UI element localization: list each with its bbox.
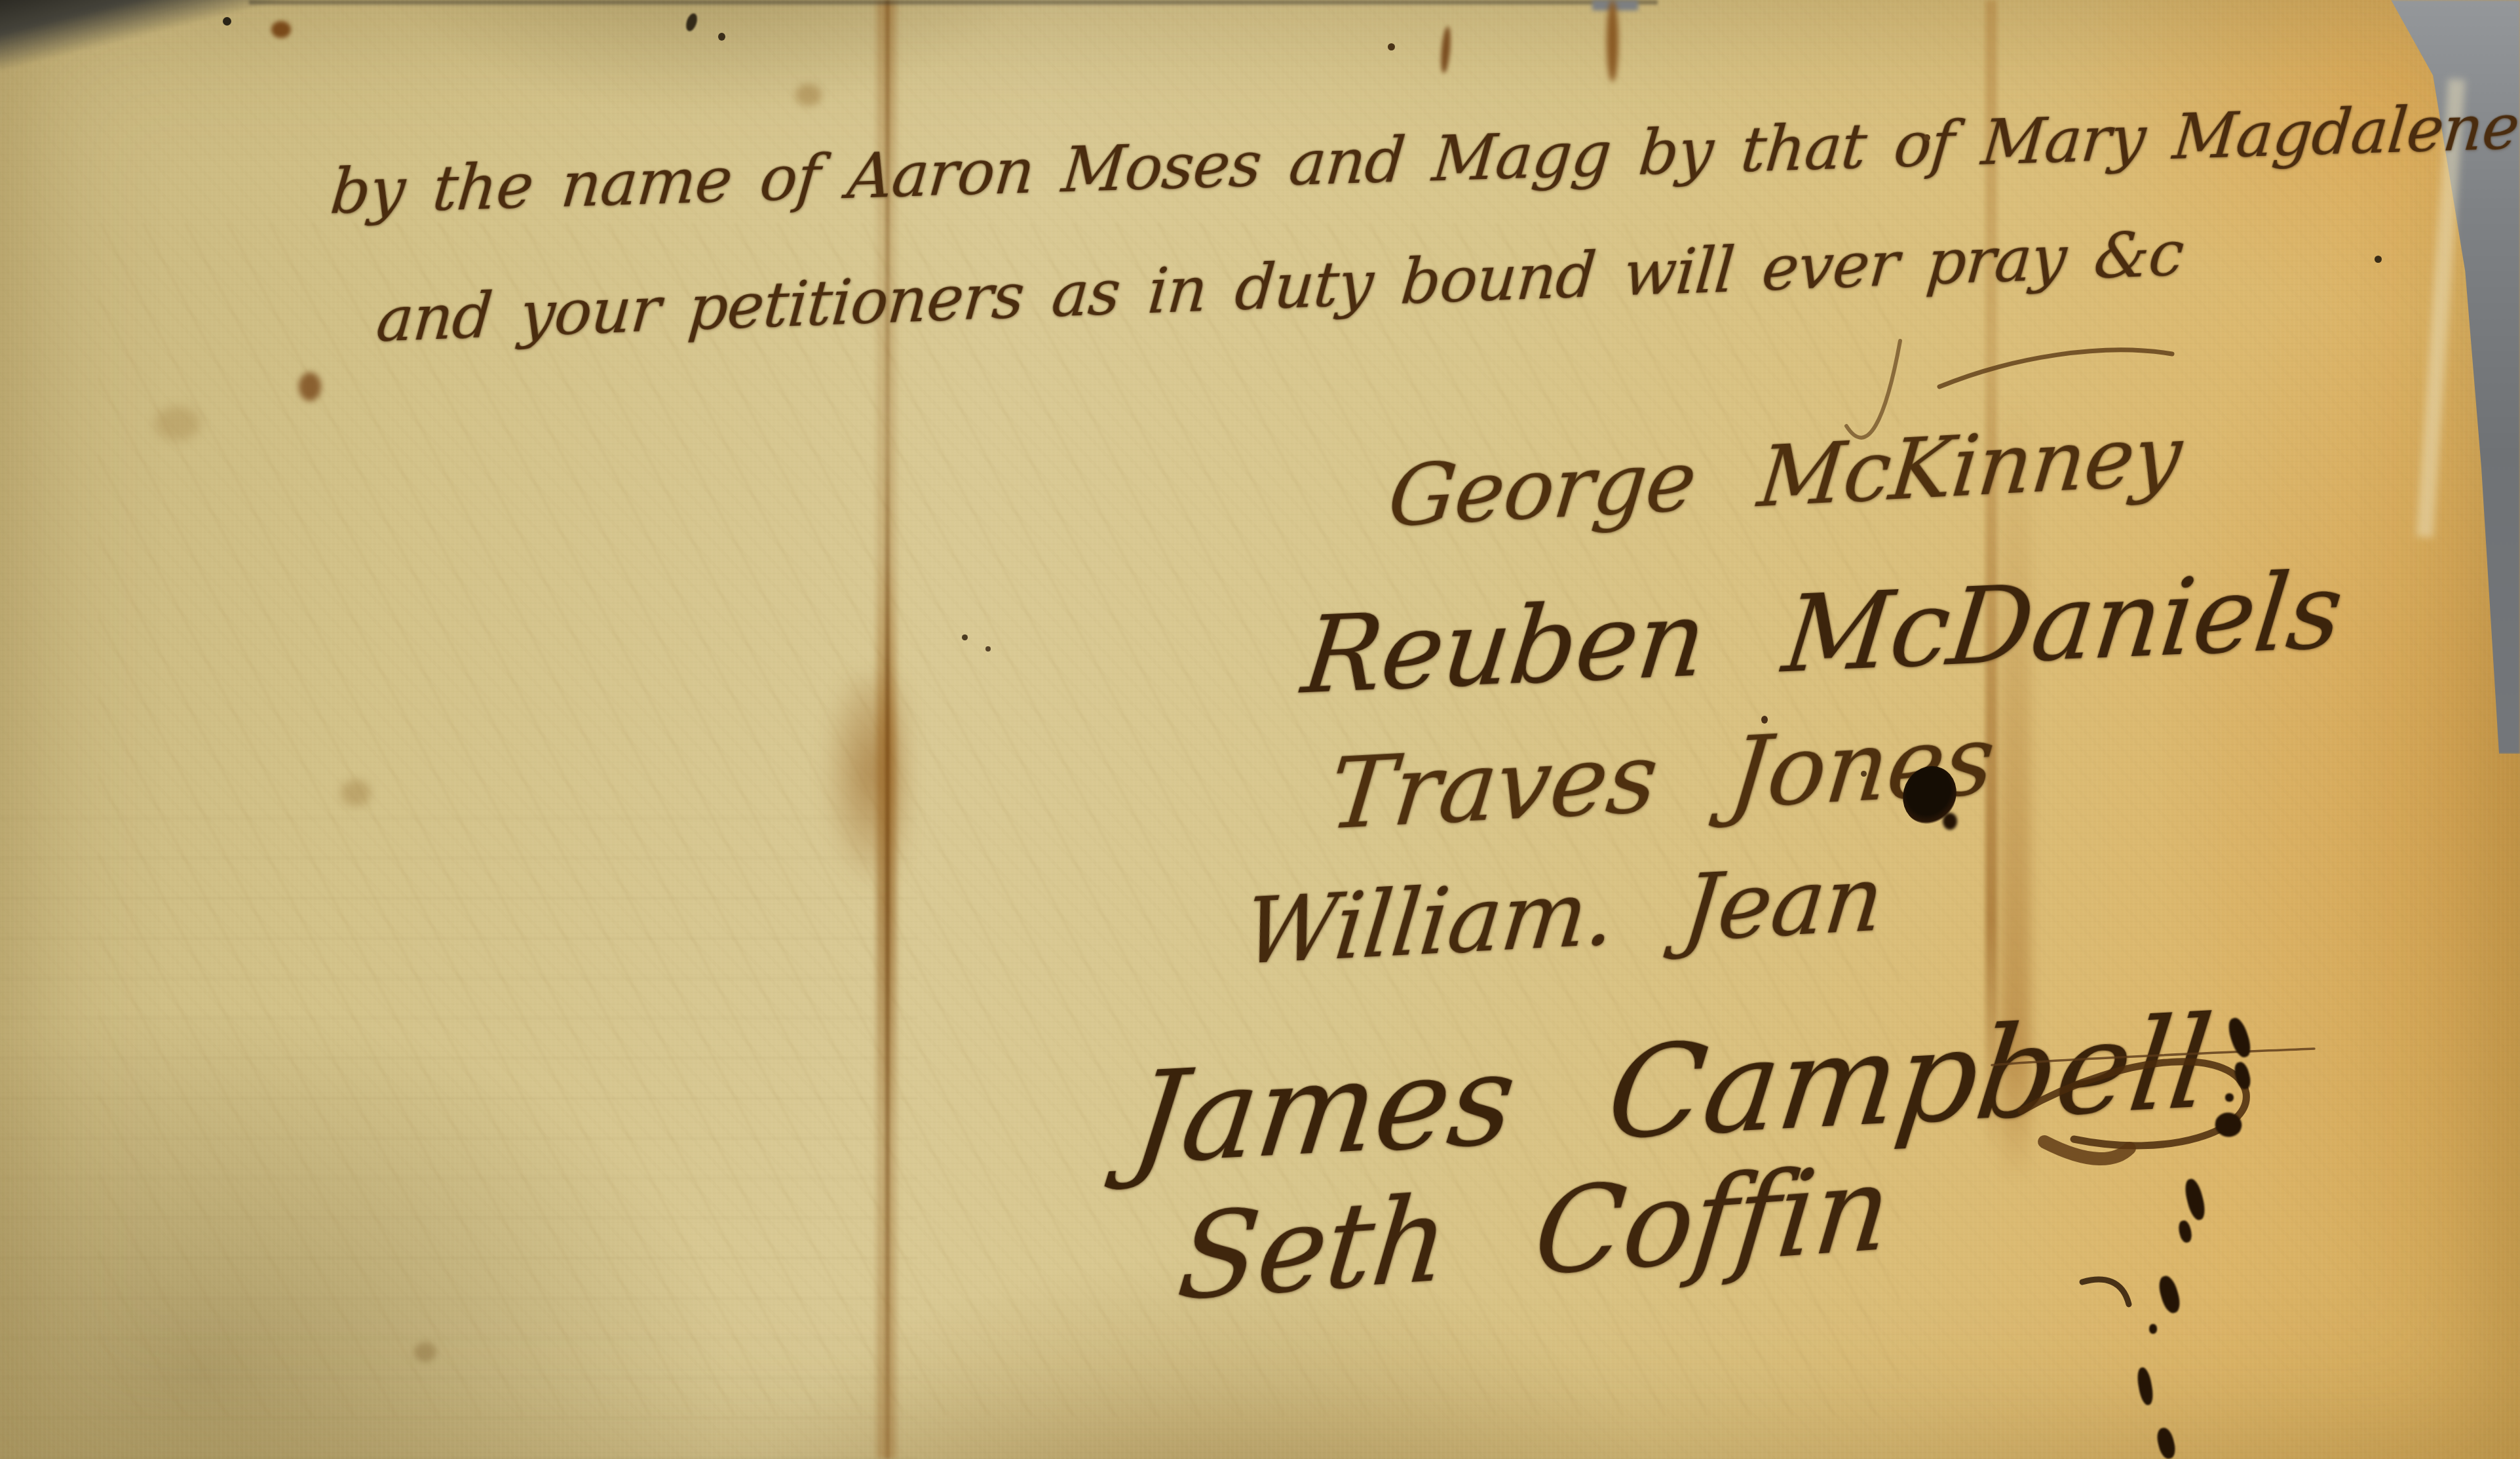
ink-blot-tail <box>1943 813 1957 830</box>
manuscript-photo: by the name of Aaron Moses and Magg by t… <box>0 0 2520 1459</box>
pen-flourish-strokes <box>0 0 2520 1459</box>
